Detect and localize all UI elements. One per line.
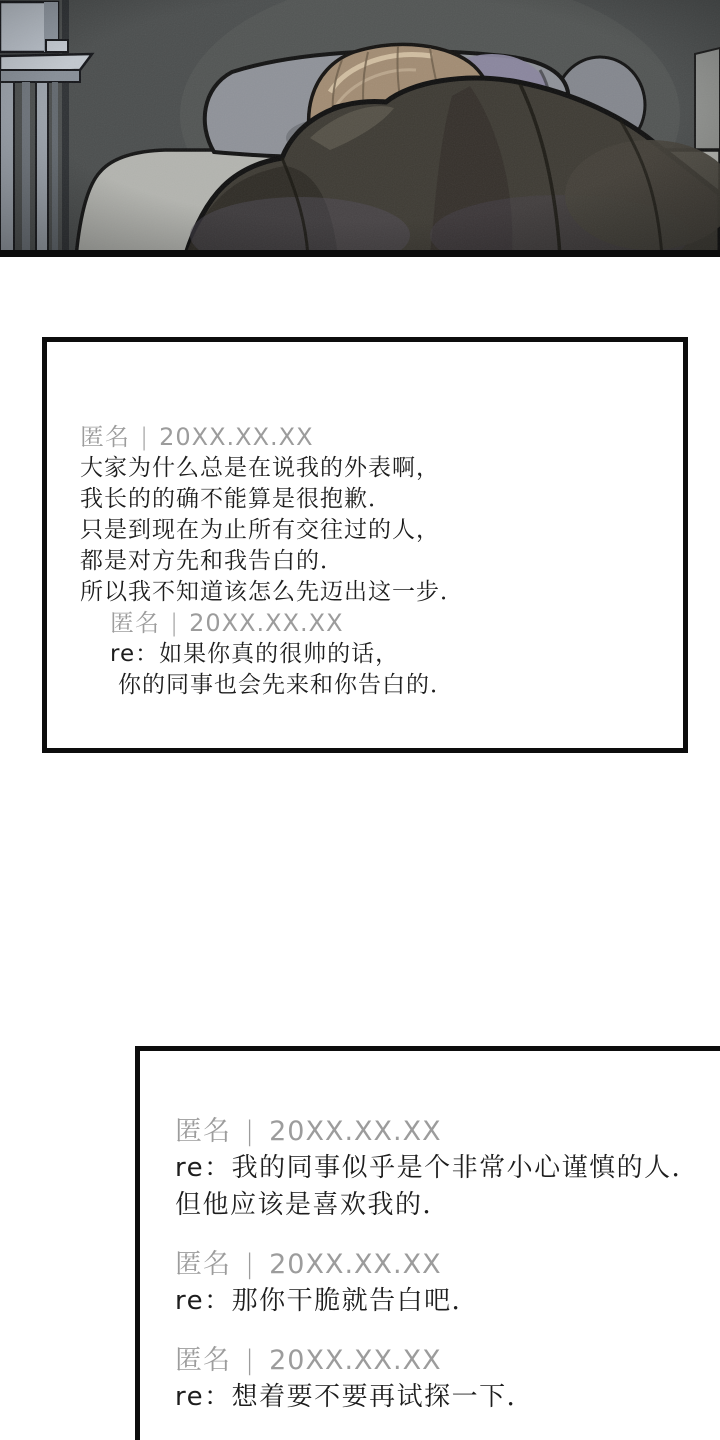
post-header: 匿名 | 20XX.XX.XX [110, 608, 659, 639]
comic-page: { "illustration": { "scene": "person-lyi… [0, 0, 720, 1440]
post-line: re：那你干脆就告白吧． [175, 1283, 720, 1320]
post-line: 我长的的确不能算是很抱歉． [80, 484, 659, 515]
post-header: 匿名 | 20XX.XX.XX [175, 1246, 720, 1283]
post-separator: | [245, 1246, 255, 1283]
panel-bottom-border [0, 250, 720, 257]
post-line: re：我的同事似乎是个非常小心谨慎的人． [175, 1150, 720, 1187]
post-date: 20XX.XX.XX [189, 608, 343, 639]
post-line: 都是对方先和我告白的． [80, 546, 659, 577]
post-separator: | [170, 608, 179, 639]
post-line: 大家为什么总是在说我的外表啊， [80, 453, 659, 484]
post-line: 所以我不知道该怎么先迈出这一步． [80, 577, 659, 608]
post-separator: | [140, 422, 149, 453]
post-author: 匿名 [110, 608, 160, 639]
post-author: 匿名 [175, 1113, 231, 1150]
post-author: 匿名 [175, 1342, 231, 1379]
post-header: 匿名 | 20XX.XX.XX [80, 422, 659, 453]
forum-box-1: 匿名 | 20XX.XX.XX 大家为什么总是在说我的外表啊， 我长的的确不能算… [42, 337, 688, 753]
post-date: 20XX.XX.XX [269, 1113, 442, 1150]
bedroom-illustration-svg [0, 0, 720, 257]
post-header: 匿名 | 20XX.XX.XX [175, 1113, 720, 1150]
post-separator: | [245, 1113, 255, 1150]
post-author: 匿名 [80, 422, 130, 453]
forum-post-3-reply: 匿名 | 20XX.XX.XX re：我的同事似乎是个非常小心谨慎的人． 但他应… [175, 1113, 720, 1224]
post-line: re：想着要不要再试探一下． [175, 1379, 720, 1416]
bedroom-night-illustration [0, 0, 720, 257]
post-line: 但他应该是喜欢我的． [175, 1187, 720, 1224]
forum-post-2-reply: 匿名 | 20XX.XX.XX re：如果你真的很帅的话， 你的同事也会先来和你… [110, 608, 659, 701]
post-date: 20XX.XX.XX [269, 1342, 442, 1379]
post-author: 匿名 [175, 1246, 231, 1283]
post-line: 你的同事也会先来和你告白的． [110, 670, 659, 701]
post-line: re：如果你真的很帅的话， [110, 639, 659, 670]
post-separator: | [245, 1342, 255, 1379]
forum-post-1: 匿名 | 20XX.XX.XX 大家为什么总是在说我的外表啊， 我长的的确不能算… [80, 422, 659, 608]
post-line: 只是到现在为止所有交往过的人， [80, 515, 659, 546]
forum-post-5-reply: 匿名 | 20XX.XX.XX re：想着要不要再试探一下． [175, 1342, 720, 1416]
post-date: 20XX.XX.XX [159, 422, 313, 453]
post-header: 匿名 | 20XX.XX.XX [175, 1342, 720, 1379]
vignette [0, 0, 720, 257]
forum-post-4-reply: 匿名 | 20XX.XX.XX re：那你干脆就告白吧． [175, 1246, 720, 1320]
forum-box-2: 匿名 | 20XX.XX.XX re：我的同事似乎是个非常小心谨慎的人． 但他应… [135, 1046, 720, 1440]
post-date: 20XX.XX.XX [269, 1246, 442, 1283]
